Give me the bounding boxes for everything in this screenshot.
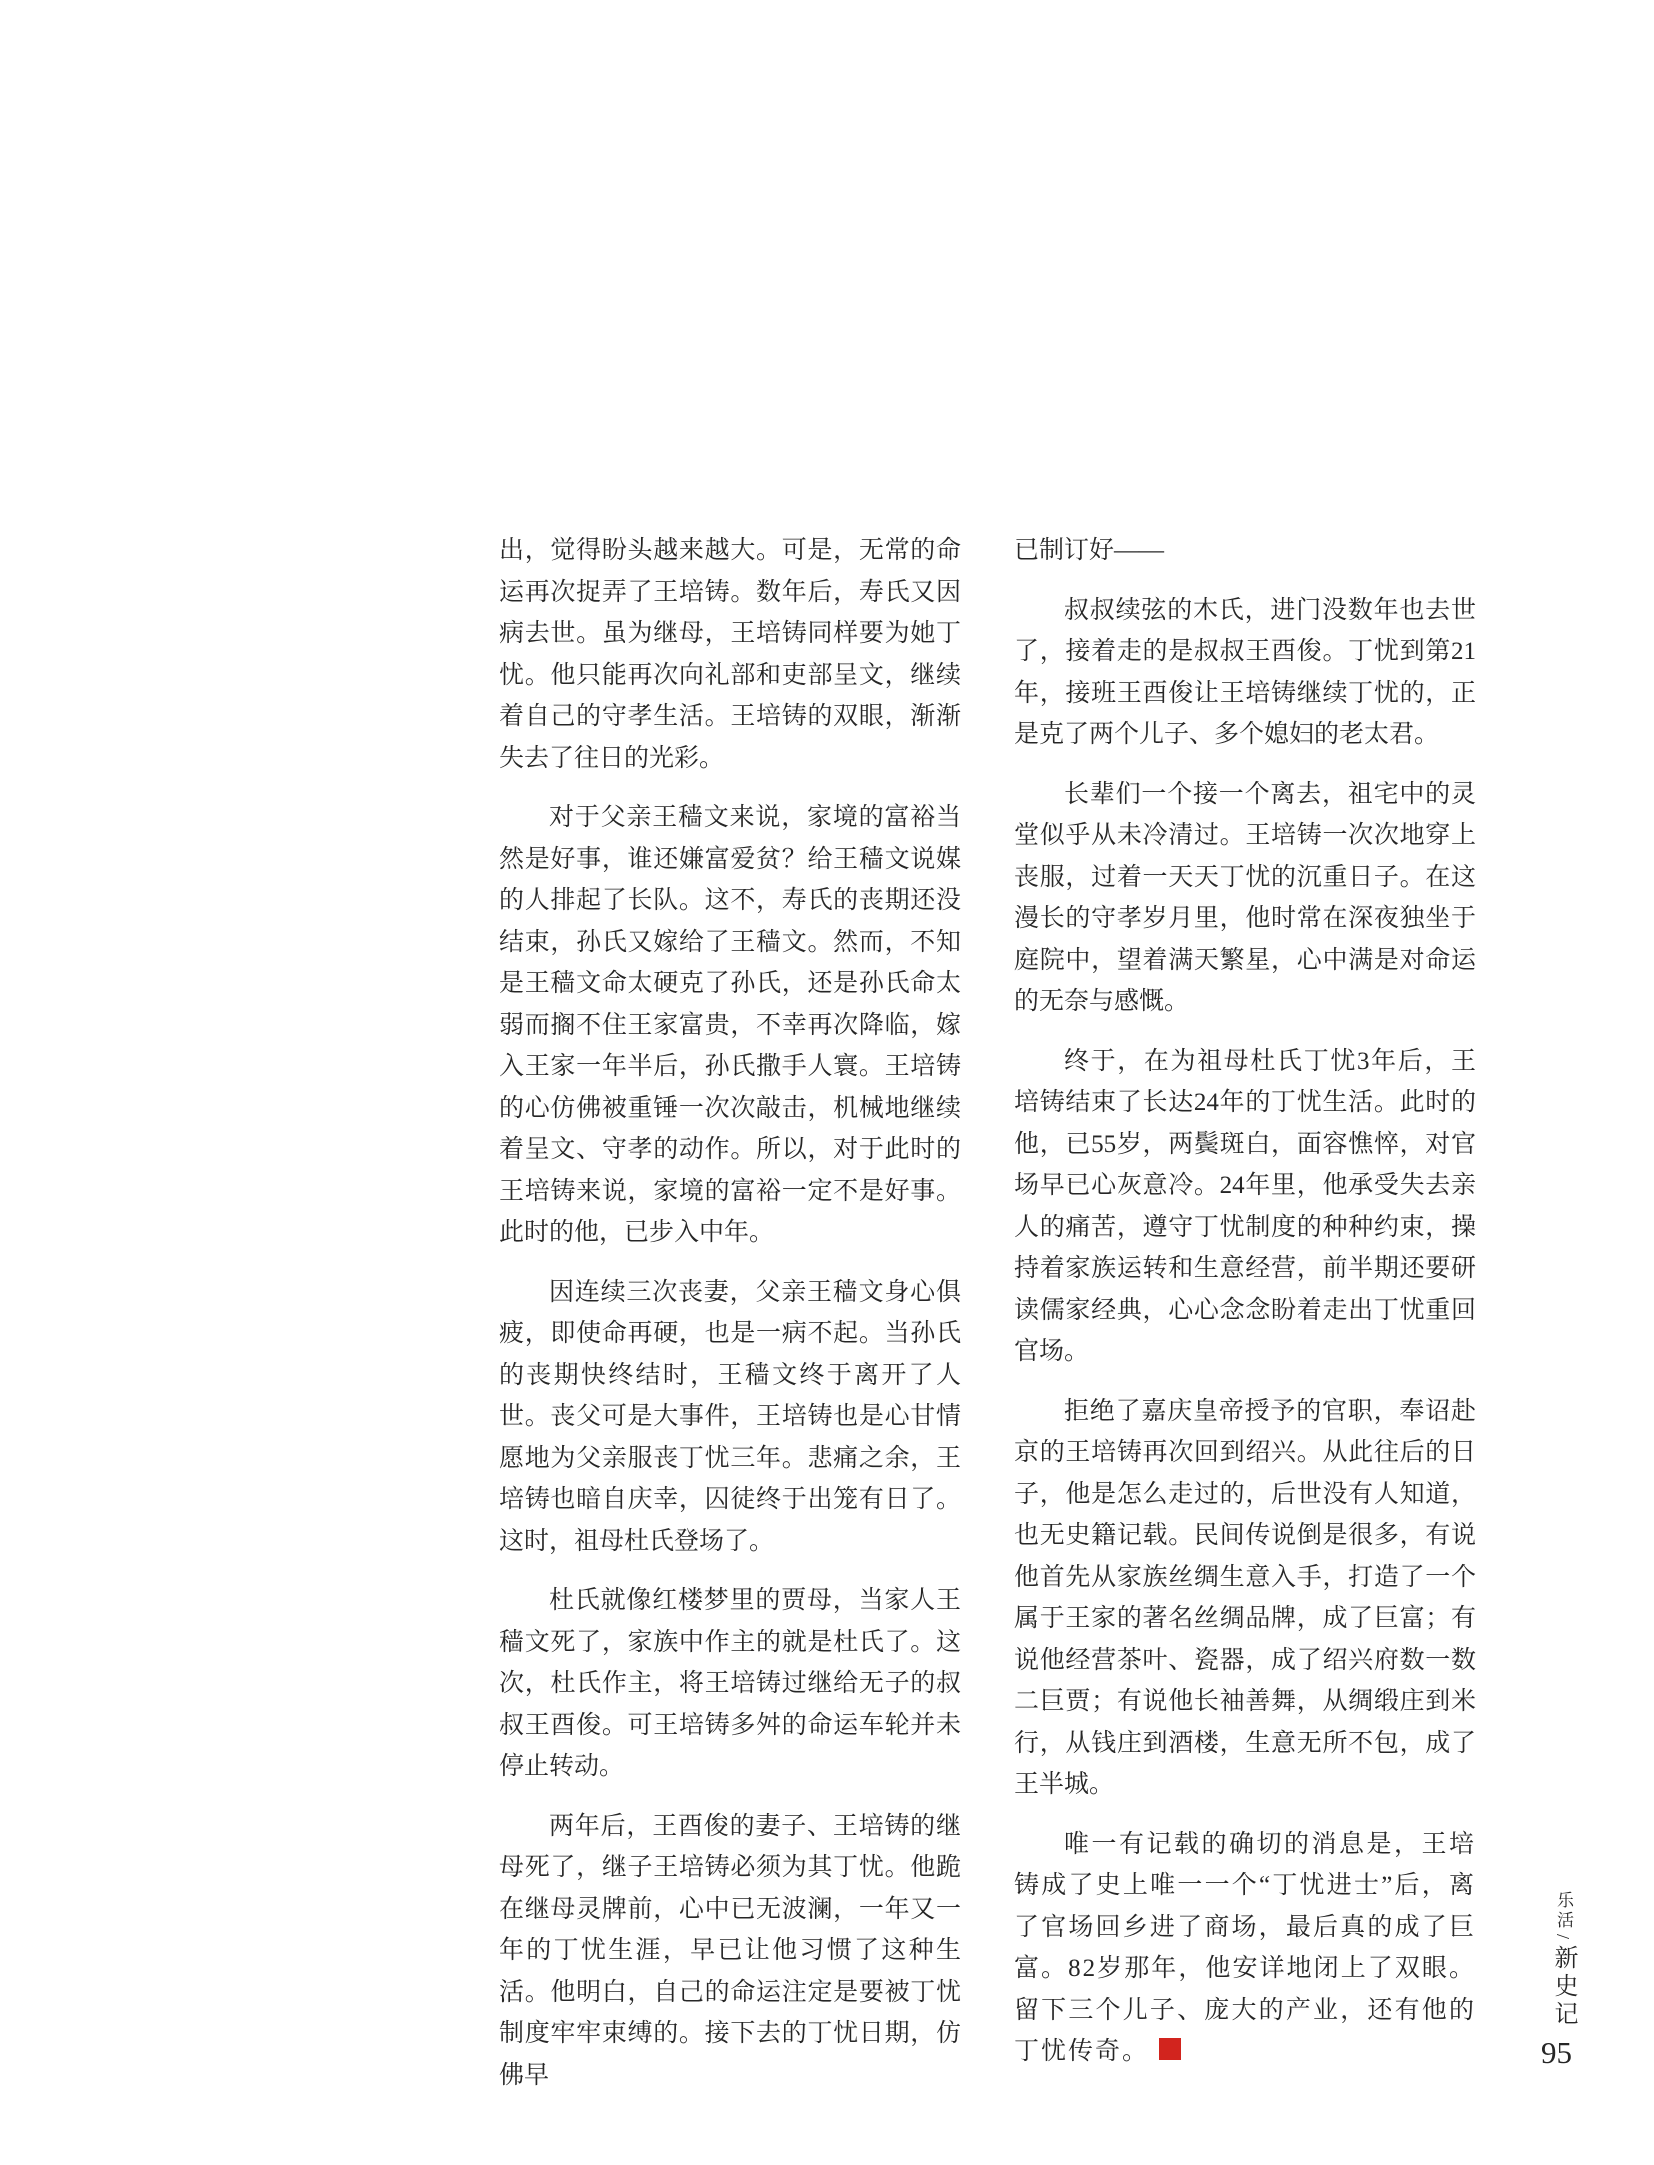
sidebar-vertical-label: 乐活/新史记 — [1551, 1891, 1575, 2029]
paragraph-left-1: 出，觉得盼头越来越大。可是，无常的命运再次捉弄了王培铸。数年后，寿氏又因病去世。… — [499, 530, 961, 779]
paragraph-left-5: 两年后，王酉俊的妻子、王培铸的继母死了，继子王培铸必须为其丁忧。他跪在继母灵牌前… — [499, 1806, 961, 2097]
paragraph-left-3: 因连续三次丧妻，父亲王穑文身心俱疲，即使命再硬，也是一病不起。当孙氏的丧期快终结… — [499, 1272, 961, 1563]
paragraph-text: 唯一有记载的确切的消息是，王培铸成了史上唯一一个“丁忧进士”后，离了官场回乡进了… — [1014, 1831, 1476, 2066]
paragraph-right-1: 已制订好—— — [1014, 530, 1476, 572]
magazine-label: 新史记 — [1550, 1945, 1576, 2029]
page-number: 95 — [1541, 2037, 1572, 2068]
paragraph-right-3: 长辈们一个接一个离去，祖宅中的灵堂似乎从未冷清过。王培铸一次次地穿上丧服，过着一… — [1014, 774, 1476, 1023]
paragraph-right-6: 唯一有记载的确切的消息是，王培铸成了史上唯一一个“丁忧进士”后，离了官场回乡进了… — [1014, 1824, 1476, 2073]
magazine-page: 出，觉得盼头越来越大。可是，无常的命运再次捉弄了王培铸。数年后，寿氏又因病去世。… — [0, 0, 1654, 2165]
paragraph-right-4: 终于，在为祖母杜氏丁忧3年后，王培铸结束了长达24年的丁忧生活。此时的他，已55… — [1014, 1041, 1476, 1373]
article-end-square-icon — [1159, 2038, 1181, 2060]
paragraph-right-2: 叔叔续弦的木氏，进门没数年也去世了，接着走的是叔叔王酉俊。丁忧到第21年，接班王… — [1014, 590, 1476, 756]
paragraph-right-5: 拒绝了嘉庆皇帝授予的官职，奉诏赴京的王培铸再次回到绍兴。从此往后的日子，他是怎么… — [1014, 1391, 1476, 1806]
text-column-left: 出，觉得盼头越来越大。可是，无常的命运再次捉弄了王培铸。数年后，寿氏又因病去世。… — [499, 530, 961, 2114]
paragraph-left-2: 对于父亲王穑文来说，家境的富裕当然是好事，谁还嫌富爱贫？给王穑文说媒的人排起了长… — [499, 797, 961, 1254]
slash-separator: / — [1553, 1934, 1573, 1939]
section-label: 乐活 — [1554, 1891, 1573, 1931]
paragraph-left-4: 杜氏就像红楼梦里的贾母，当家人王穑文死了，家族中作主的就是杜氏了。这次，杜氏作主… — [499, 1580, 961, 1788]
text-column-right: 已制订好—— 叔叔续弦的木氏，进门没数年也去世了，接着走的是叔叔王酉俊。丁忧到第… — [1014, 530, 1476, 2091]
